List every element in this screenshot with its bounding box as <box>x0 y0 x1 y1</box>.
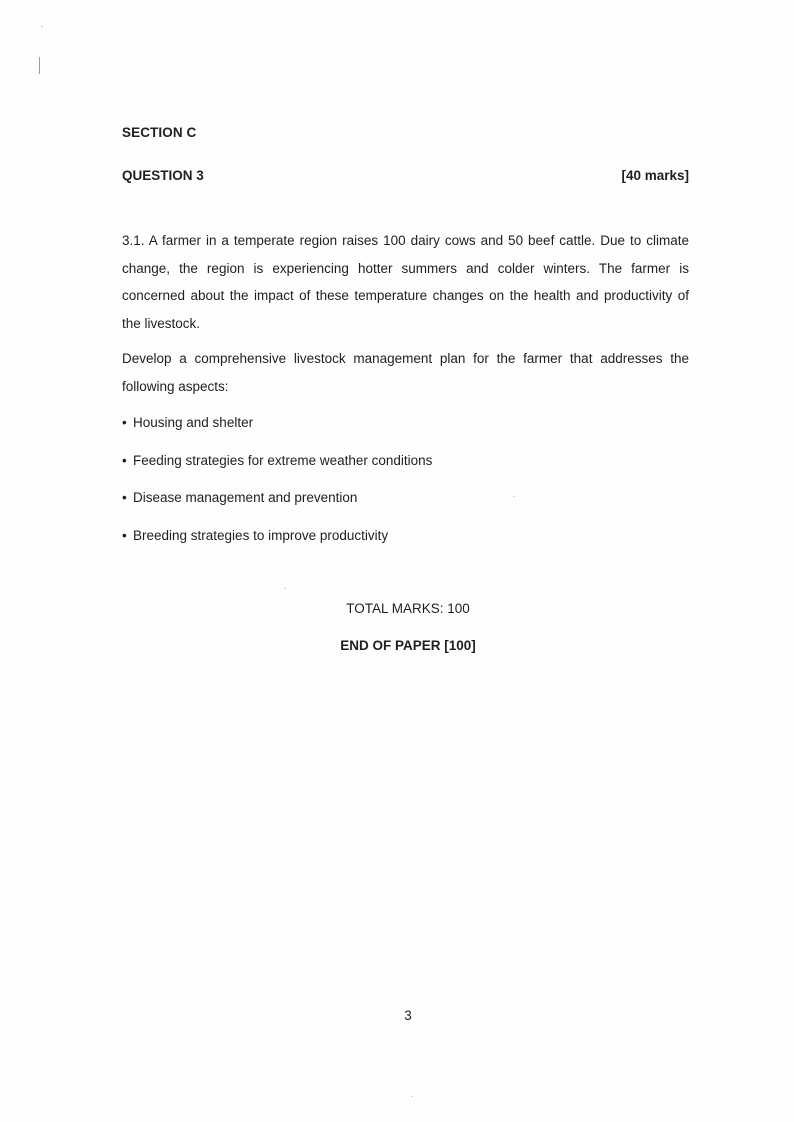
scan-artifact <box>39 57 40 74</box>
question-instruction-paragraph: Develop a comprehensive livestock manage… <box>122 345 689 400</box>
question-header: QUESTION 3 [40 marks] <box>122 168 689 183</box>
list-item: •Breeding strategies to improve producti… <box>122 526 432 564</box>
question-title: QUESTION 3 <box>122 168 204 183</box>
end-of-paper: END OF PAPER [100] <box>0 638 794 653</box>
page-number: 3 <box>0 1008 794 1023</box>
bullet-icon: • <box>122 451 133 471</box>
bullet-icon: • <box>122 526 133 546</box>
question-scenario-paragraph: 3.1. A farmer in a temperate region rais… <box>122 227 689 337</box>
section-heading: SECTION C <box>122 125 196 140</box>
list-item: •Disease management and prevention <box>122 488 432 526</box>
list-item: •Feeding strategies for extreme weather … <box>122 451 432 489</box>
bullet-icon: • <box>122 488 133 508</box>
question-marks: [40 marks] <box>621 168 689 183</box>
scan-artifact <box>411 1096 413 1097</box>
total-marks: TOTAL MARKS: 100 <box>0 601 794 616</box>
scan-artifact <box>284 588 286 589</box>
list-item: •Housing and shelter <box>122 413 432 451</box>
aspects-list: •Housing and shelter •Feeding strategies… <box>122 413 432 563</box>
scan-artifact <box>41 26 43 27</box>
bullet-icon: • <box>122 413 133 433</box>
document-page: SECTION C QUESTION 3 [40 marks] 3.1. A f… <box>0 0 794 1122</box>
scan-artifact <box>513 496 515 497</box>
